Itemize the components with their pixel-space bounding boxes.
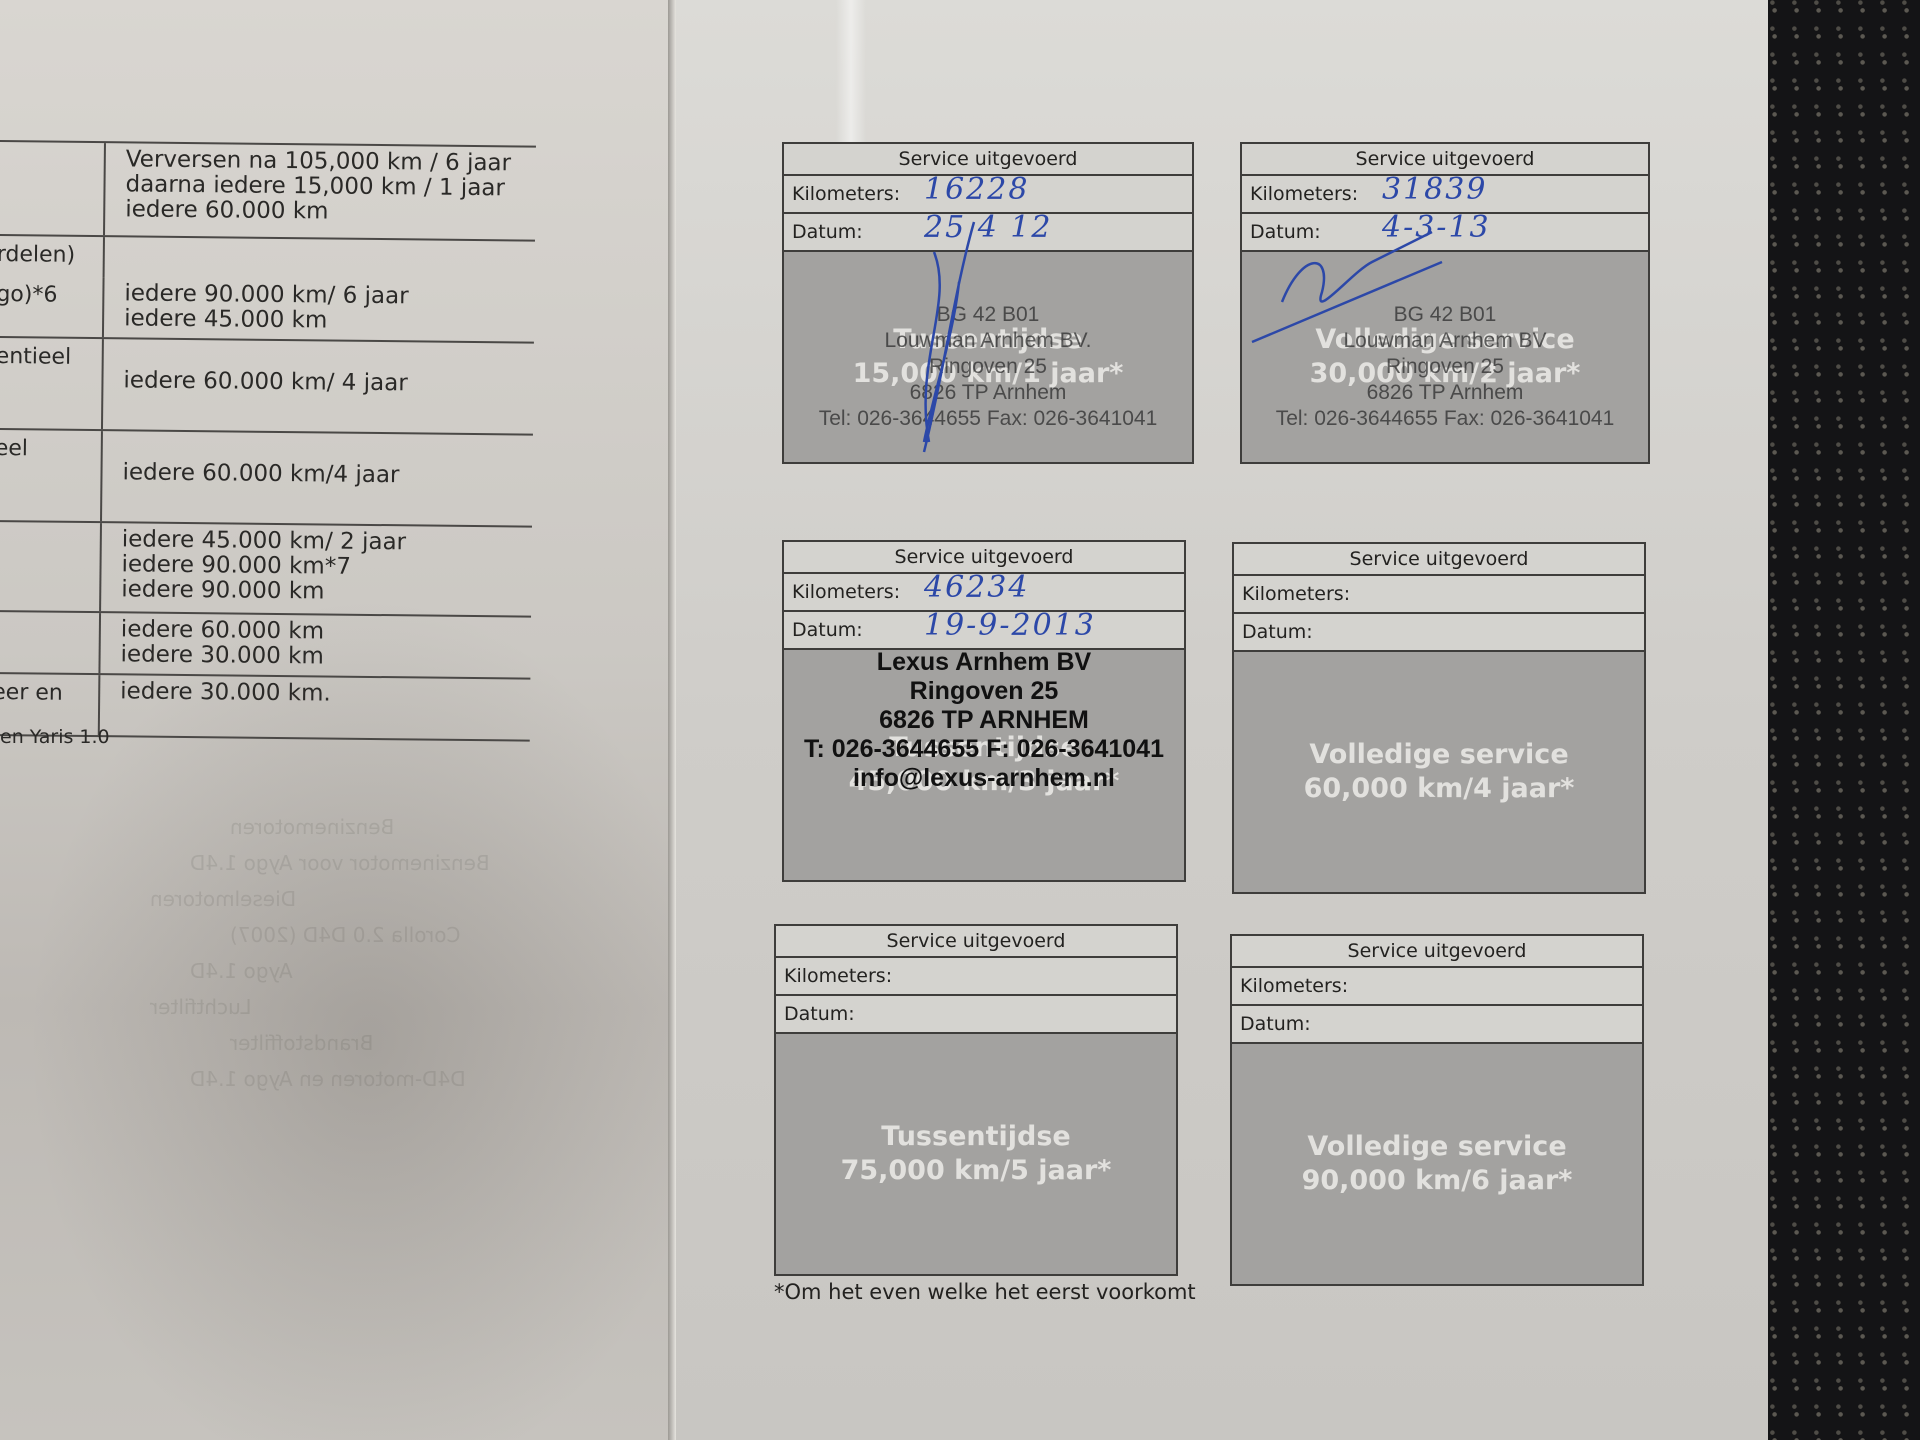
bleed-line: Luchtfilter [150,995,252,1019]
service-type-label: Volledige service60,000 km/4 jaar* [1304,738,1575,806]
interval-line: iedere 90.000 km [121,577,531,606]
service-box: Service uitgevoerdKilometers:Datum:Volle… [1230,934,1644,1286]
signature-icon [784,212,1204,472]
bleed-line: Dieselmotoren [150,887,296,911]
kilometers-field[interactable]: Kilometers:31839 [1242,176,1648,214]
bleed-line: Benzinemotor voor Aygo 1.4D [190,851,490,875]
table-cell-item [0,522,102,611]
service-type-panel: Volledige service60,000 km/4 jaar* [1234,652,1644,892]
kilometers-label: Kilometers: [1240,975,1348,997]
service-type-line: Volledige service [1302,1130,1573,1164]
service-box-title: Service uitgevoerd [776,926,1176,958]
service-type-line: 75,000 km/5 jaar* [841,1154,1112,1188]
bleed-line: Aygo 1.4D [190,959,293,983]
date-field[interactable]: Datum:19-9-2013 [784,612,1184,650]
table-cell-interval: iedere 90.000 km/ 6 jaariedere 45.000 km [104,277,535,341]
service-box: Service uitgevoerdKilometers:Datum:Tusse… [774,924,1178,1276]
table-row: iedere 60.000 kmiedere 30.000 km [0,610,531,678]
service-box: Service uitgevoerdKilometers:Datum:Volle… [1232,542,1646,894]
date-label: Datum: [1240,1013,1311,1035]
date-field[interactable]: Datum: [1234,614,1644,652]
interval-line [120,704,530,733]
date-field[interactable]: Datum: [1232,1006,1642,1044]
book-spine [668,0,676,1440]
date-label: Datum: [784,1003,855,1025]
kilometers-field[interactable]: Kilometers: [1234,576,1644,614]
bleed-line: D4D-motoren en Aygo 1.4D [190,1067,466,1091]
seat-fabric-background [1768,0,1920,1440]
kilometers-label: Kilometers: [1250,183,1358,205]
date-field[interactable]: Datum: [776,996,1176,1034]
interval-line: iedere 60.000 km/ 4 jaar [123,368,533,397]
stamp-line: T: 026-3644655 F: 026-3641041 [784,735,1184,764]
right-page: Service uitgevoerdKilometers:16228Datum:… [676,0,1768,1440]
maintenance-table: Verversen na 105,000 km / 6 jaardaarna i… [0,140,536,742]
kilometers-value: 46234 [924,570,1029,606]
table-cell-item [0,142,106,235]
stamp-line: info@lexus-arnhem.nl [784,764,1184,793]
service-type-line: 90,000 km/6 jaar* [1302,1164,1573,1198]
kilometers-field[interactable]: Kilometers:46234 [784,574,1184,612]
service-type-label: Tussentijdse75,000 km/5 jaar* [841,1120,1112,1188]
kilometers-field[interactable]: Kilometers: [1232,968,1642,1006]
stamp-line: Lexus Arnhem BV [784,648,1184,677]
service-box-title: Service uitgevoerd [1234,544,1644,576]
table-row: entieel iedere 60.000 km/ 4 jaar [0,336,534,434]
table-cell-item: go)*6 [0,276,105,337]
table-row: rdelen) [0,234,535,282]
table-cell-item: entieel [0,338,104,429]
service-type-panel: Tussentijdse45,000 km/3 jaar*Lexus Arnhe… [784,650,1184,880]
interval-line: iedere 30.000 km. [120,679,530,708]
interval-line: iedere 60.000 km/4 jaar [122,460,532,489]
kilometers-value: 16228 [924,172,1029,208]
service-type-panel: Volledige service30,000 km/2 jaar*BG 42 … [1242,252,1648,462]
table-cell-interval [105,237,535,282]
kilometers-value: 31839 [1382,172,1487,208]
kilometers-field[interactable]: Kilometers: [776,958,1176,996]
table-cell-interval: Verversen na 105,000 km / 6 jaardaarna i… [105,143,536,239]
service-type-line: Volledige service [1304,738,1575,772]
service-type-line: Tussentijdse [841,1120,1112,1154]
date-label: Datum: [1242,621,1313,643]
date-value: 19-9-2013 [924,608,1096,644]
kilometers-label: Kilometers: [792,581,900,603]
bleed-line: Brandstoffilter [230,1031,373,1055]
kilometers-label: Kilometers: [1242,583,1350,605]
stamp-line: 6826 TP ARNHEM [784,706,1184,735]
table-row: eel iedere 60.000 km/4 jaar [0,428,533,526]
table-cell-item [0,612,101,673]
service-type-panel: Tussentijdse15,000 km/1 jaar*BG 42 B01Lo… [784,252,1192,462]
service-box: Service uitgevoerdKilometers:16228Datum:… [782,142,1194,464]
date-label: Datum: [792,619,863,641]
bleed-line: Benzinemotoren [230,815,394,839]
service-box-title: Service uitgevoerd [1232,936,1642,968]
service-box: Service uitgevoerdKilometers:46234Datum:… [782,540,1186,882]
table-cell-interval: iedere 60.000 kmiedere 30.000 km [100,613,531,677]
service-type-line: 60,000 km/4 jaar* [1304,772,1575,806]
service-type-label: Volledige service90,000 km/6 jaar* [1302,1130,1573,1198]
interval-line: iedere 45.000 km [124,306,534,335]
kilometers-label: Kilometers: [784,965,892,987]
table-row: iedere 45.000 km/ 2 jaariedere 90.000 km… [0,520,532,616]
left-page: Verversen na 105,000 km / 6 jaardaarna i… [0,0,672,1440]
kilometers-field[interactable]: Kilometers:16228 [784,176,1192,214]
table-cell-interval: iedere 45.000 km/ 2 jaariedere 90.000 km… [101,523,532,615]
signature-icon [1242,212,1662,472]
table-cell-item: rdelen) [0,236,105,277]
service-type-panel: Tussentijdse75,000 km/5 jaar* [776,1034,1176,1274]
interval-line: iedere 30.000 km [120,642,530,671]
table-cell-interval: iedere 60.000 km/4 jaar [102,431,533,525]
stamp-line: Ringoven 25 [784,677,1184,706]
bleed-line: Corolla 2.0 D4D (2007) [230,923,461,947]
table-cell-item: eel [0,430,103,521]
vehicle-note: en Yaris 1.0 [0,726,110,748]
dealer-stamp: Lexus Arnhem BVRingoven 256826 TP ARNHEM… [784,648,1184,793]
table-cell-interval: iedere 60.000 km/ 4 jaar [103,339,534,433]
footnote: *Om het even welke het eerst voorkomt [774,1280,1196,1304]
table-row: go)*6iedere 90.000 km/ 6 jaariedere 45.0… [0,276,535,342]
service-box: Service uitgevoerdKilometers:31839Datum:… [1240,142,1650,464]
interval-line: iedere 60.000 km [125,197,535,226]
table-row: Verversen na 105,000 km / 6 jaardaarna i… [0,140,536,240]
service-type-panel: Volledige service90,000 km/6 jaar* [1232,1044,1642,1284]
kilometers-label: Kilometers: [792,183,900,205]
table-cell-interval: iedere 30.000 km. [100,675,531,739]
